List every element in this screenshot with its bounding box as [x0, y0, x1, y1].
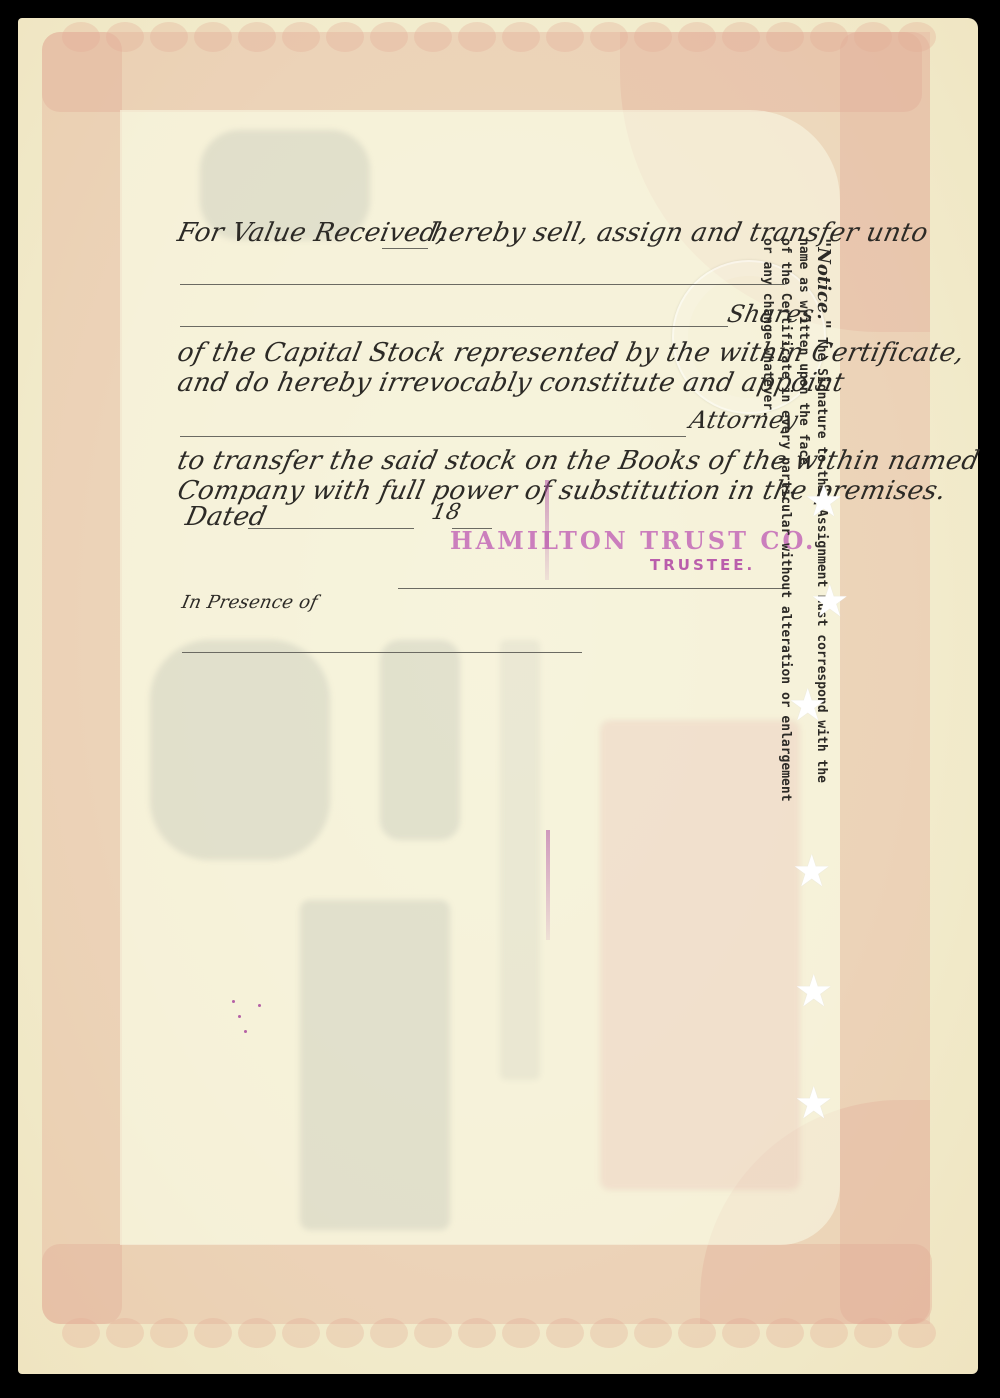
perforation-star-icon: ★ [810, 580, 849, 624]
capital-stock-text: of the Capital Stock represented by the … [175, 338, 967, 368]
constitute-appoint-text: and do hereby irrevocably constitute and… [175, 368, 847, 398]
ink-streak-lower [546, 830, 550, 940]
assignee-blank[interactable] [180, 284, 785, 285]
ink-dot [232, 1000, 235, 1003]
perforation-star-icon: ★ [792, 850, 831, 894]
assignor-blank[interactable] [382, 248, 428, 249]
ink-dot [244, 1030, 247, 1033]
perforation-star-icon: ★ [788, 684, 827, 728]
ink-streak [545, 480, 549, 580]
border-left [42, 32, 122, 1324]
witness-signature-line[interactable] [182, 652, 582, 653]
in-presence-of-label: In Presence of [180, 592, 320, 613]
trustee-stamp: TRUSTEE. [650, 556, 755, 574]
perforation-star-icon: ★ [794, 970, 833, 1014]
date-blank[interactable] [248, 528, 414, 529]
perforation-star-icon: ★ [804, 480, 843, 524]
ghost-numeral-panel [300, 900, 450, 1230]
notice-lead: "Notice." [813, 238, 834, 329]
shares-blank[interactable] [180, 326, 728, 327]
year-prefix: 18 [429, 500, 463, 525]
border-scallops-top [62, 22, 936, 52]
attorney-blank[interactable] [180, 436, 686, 437]
for-value-received-text: For Value Received, [175, 218, 449, 248]
border-scallops-bottom [62, 1318, 936, 1348]
ghost-figure-vignette [150, 640, 330, 860]
ghost-vertical-text [500, 640, 540, 1080]
sell-assign-transfer-text: hereby sell, assign and transfer unto [429, 218, 931, 248]
ink-dot [258, 1004, 261, 1007]
ghost-banner [380, 640, 460, 840]
perforation-star-icon: ★ [794, 1082, 833, 1126]
signature-line[interactable] [398, 588, 786, 589]
ink-dot [238, 1015, 241, 1018]
transfer-books-text: to transfer the said stock on the Books … [175, 446, 982, 476]
